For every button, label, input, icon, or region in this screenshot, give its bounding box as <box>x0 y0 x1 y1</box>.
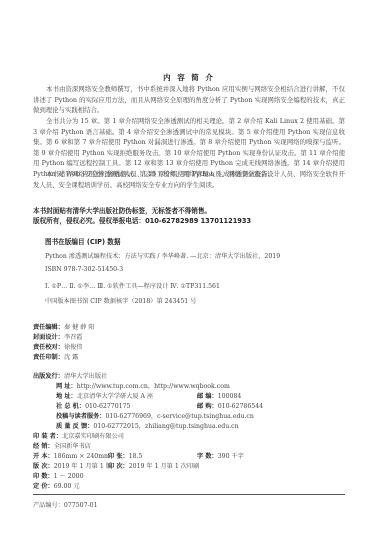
summary-paragraph-3: 本书适合网络安全渗透测试人员、运维工程师、网络管理人员、网络安全设备设计人员、网… <box>33 169 345 190</box>
staff-printing: 责任印制：沈 露 <box>33 352 78 361</box>
product-code: 产品编号：077507-01 <box>33 500 98 509</box>
publisher-address: 地 址：北京清华大学学研大厦 A 座 <box>56 391 153 400</box>
staff-proofreader: 责任校对：徐俊伟 <box>33 342 83 351</box>
copyright-notice: 版权所有，侵权必究。侵权举报电话：010-62782989 1370112193… <box>33 215 251 225</box>
staff-cover-design: 封面设计：李召霞 <box>33 332 83 341</box>
sheets-line: 印 张：18.5 <box>108 451 143 460</box>
cip-title: 图书在版编目 (CIP) 数据 <box>45 236 121 246</box>
publisher-switchboard: 社 总 机：010-62770175 <box>56 401 130 410</box>
summary-paragraph-1: 本书由资深网络安全教师撰写，书中系统并深入地将 Python 应用实例与网络安全… <box>33 84 345 116</box>
staff-editor: 责任编辑：秦 健 薛 阳 <box>33 322 95 331</box>
publisher-postcode: 邮 编：100084 <box>197 391 241 400</box>
staff-value: 秦 健 薛 阳 <box>64 324 95 331</box>
publisher-line: 出版发行：清华大学出版社 <box>33 371 107 380</box>
price-line: 定 价：69.00 元 <box>33 481 80 490</box>
cip-classification: Ⅰ. ①P… Ⅱ. ①李… Ⅲ. ①软件工具—程序设计 Ⅳ. ①TP311.56… <box>45 281 220 290</box>
staff-label: 责任编辑： <box>33 324 64 331</box>
staff-label: 封面设计： <box>33 334 64 341</box>
staff-value: 沈 露 <box>64 354 78 361</box>
impression-line: 印 次：2019 年 1 月第 1 次印刷 <box>108 461 199 470</box>
staff-label: 责任印制： <box>33 354 64 361</box>
publisher-name: 清华大学出版社 <box>64 373 107 380</box>
cip-isbn: ISBN 978-7-302-51450-3 <box>45 266 123 273</box>
staff-label: 责任校对： <box>33 344 64 351</box>
words-line: 字 数：390 千字 <box>197 451 244 460</box>
anti-counterfeit-notice: 本书封面贴有清华大学出版社防伪标签，无标签者不得销售。 <box>33 205 211 215</box>
printer-line: 印 装 者：北京嘉实印刷有限公司 <box>33 431 124 440</box>
publisher-reader-service: 投稿与读者服务：010-62776969，c-service@tup.tsing… <box>56 411 254 420</box>
divider-line <box>33 494 345 495</box>
format-line: 开 本：186mm × 240mm <box>33 451 110 460</box>
edition-line: 版 次：2019 年 1 月第 1 版 <box>33 461 112 470</box>
publisher-quality-feedback: 质 量 反 馈：010-62772015，zhiliang@tup.tsingh… <box>56 421 239 430</box>
staff-value: 徐俊伟 <box>64 344 83 351</box>
cip-record-number: 中国版本图书馆 CIP 数据核字（2018）第 243451 号 <box>45 296 196 305</box>
copies-line: 印 数：1 ～ 2000 <box>33 471 84 480</box>
cip-book-line: Python 渗透测试编程技术：方法与实践 / 李华峰著. —北京：清华大学出版… <box>45 251 280 260</box>
publisher-website: 网 址：http://www.tup.com.cn，http://www.wqb… <box>56 381 230 390</box>
publisher-mail-order: 邮 购：010-62786544 <box>197 401 263 410</box>
distributor-line: 经 销：全国新华书店 <box>33 441 91 450</box>
publisher-label: 出版发行： <box>33 373 64 380</box>
staff-value: 李召霞 <box>64 334 83 341</box>
summary-title: 内 容 简 介 <box>33 72 345 83</box>
